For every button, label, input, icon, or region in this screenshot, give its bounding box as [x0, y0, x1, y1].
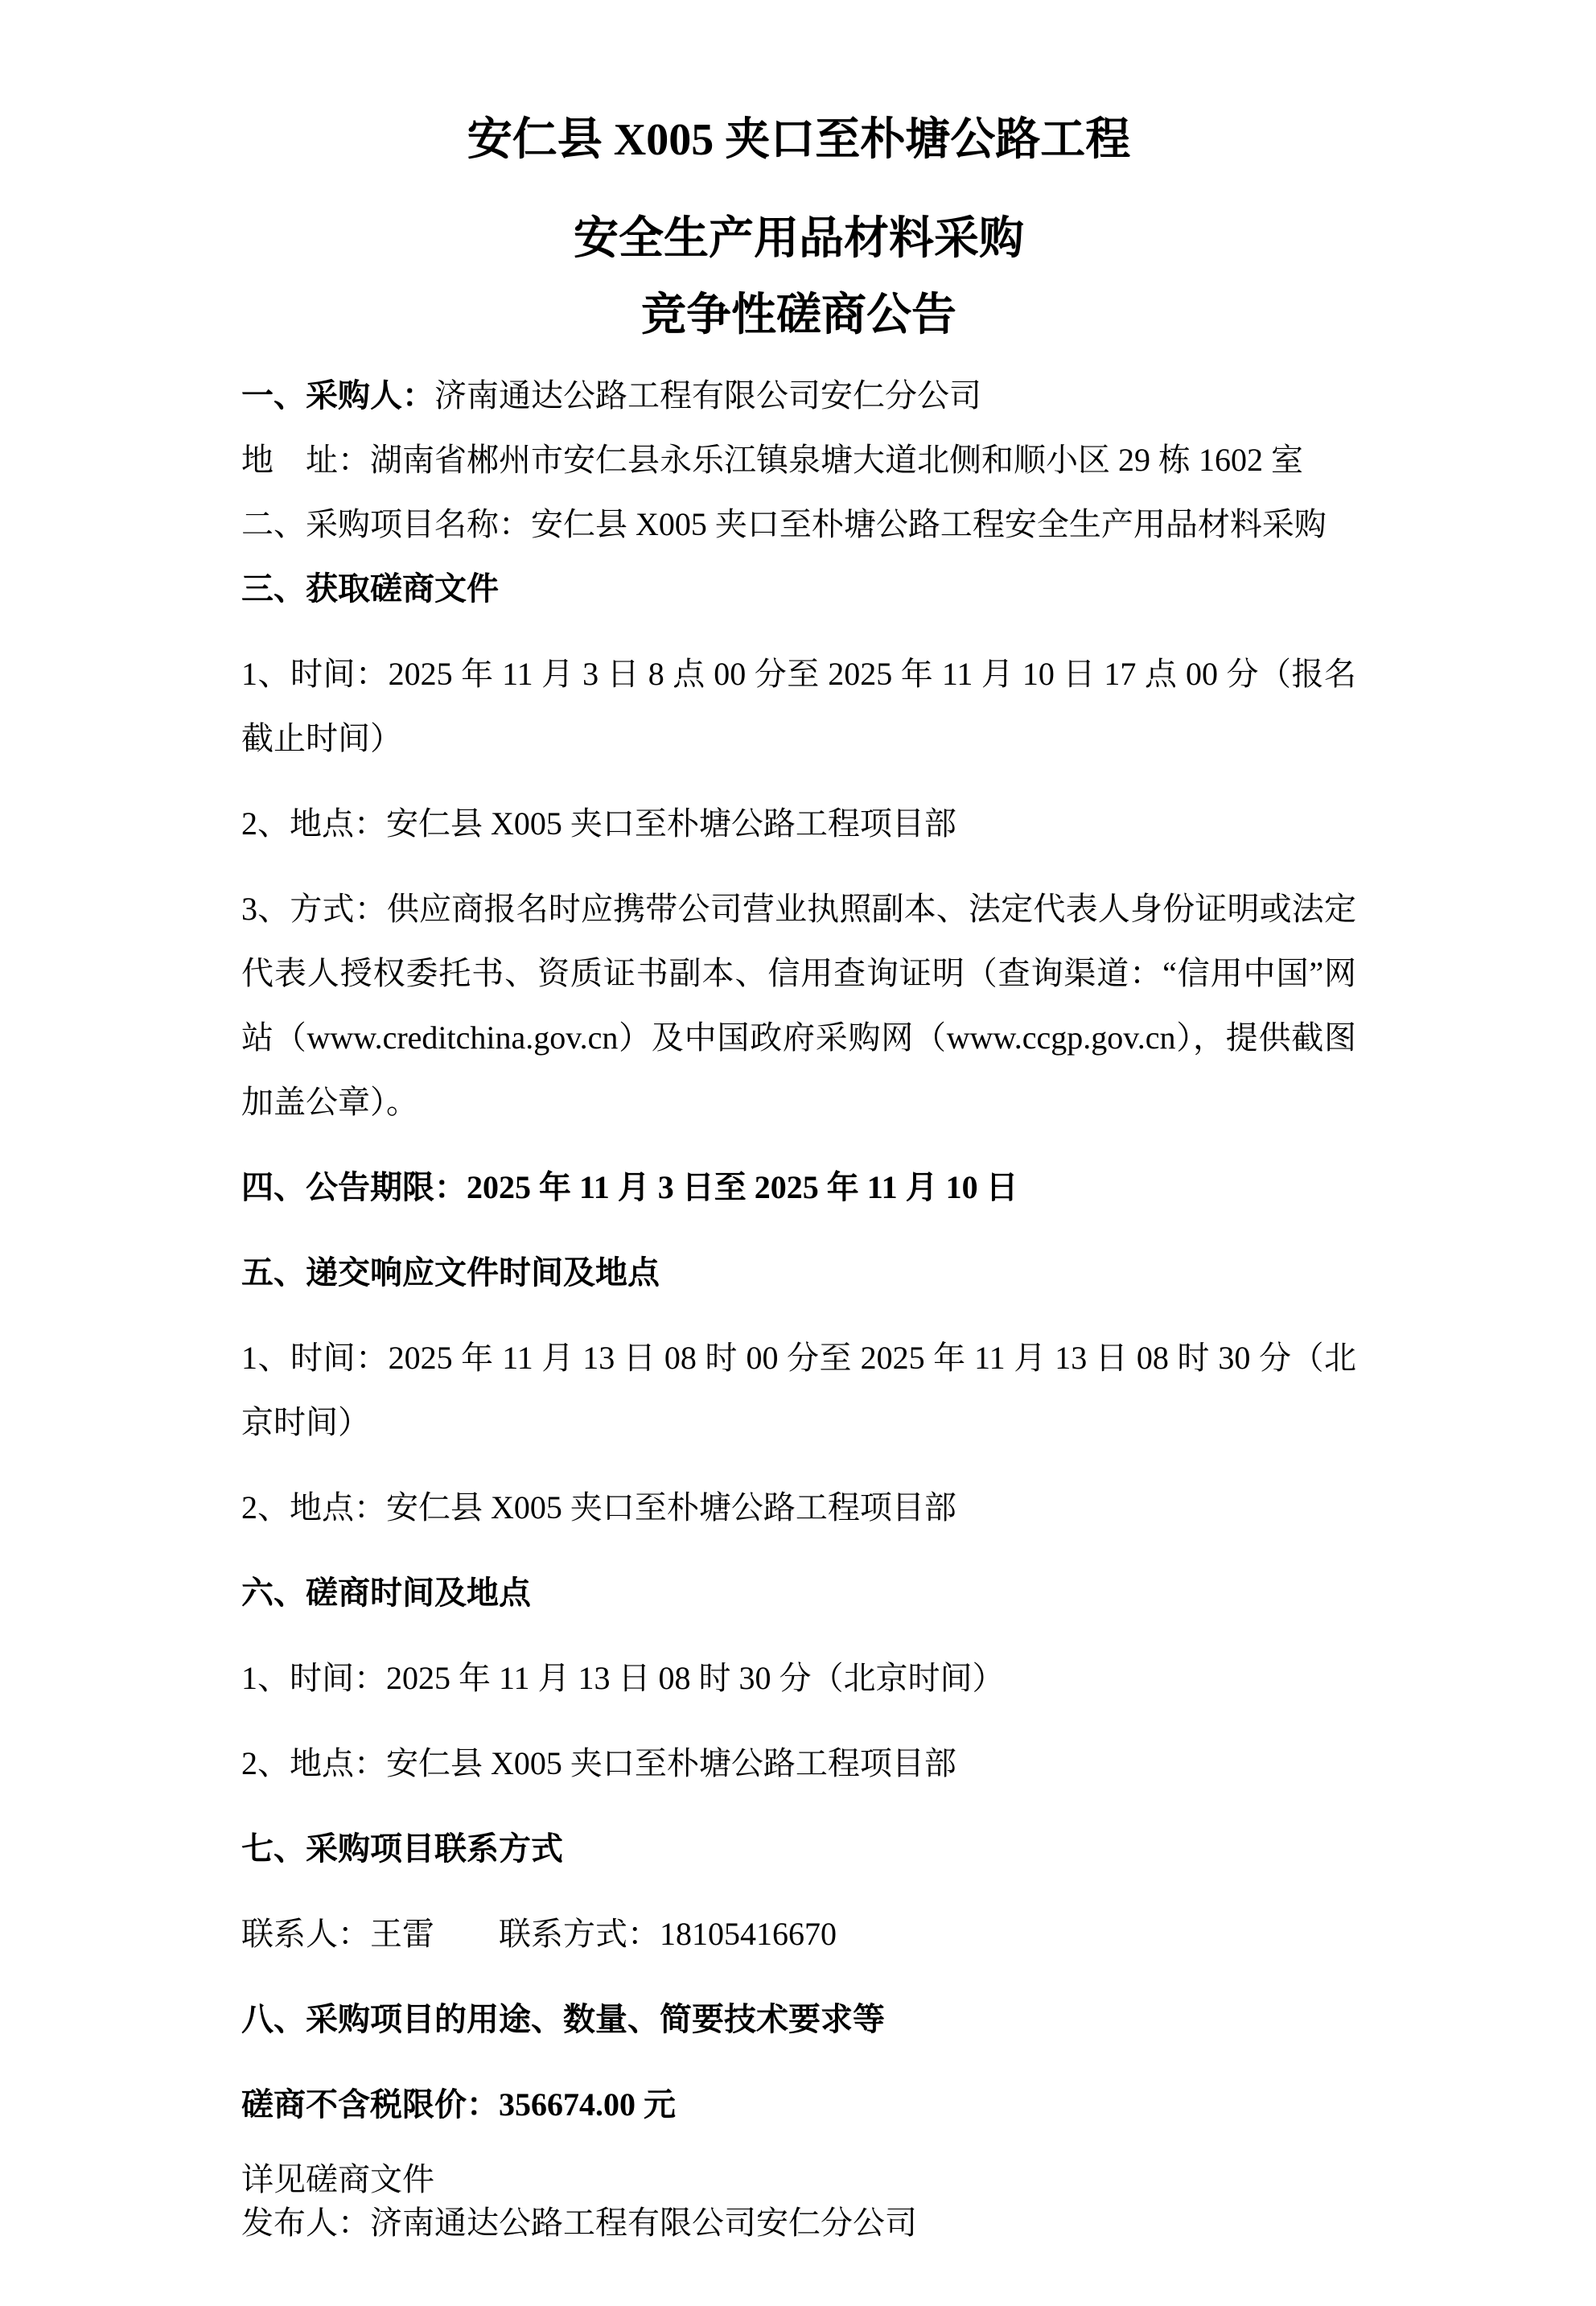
publisher-line: 发布人：济南通达公路工程有限公司安仁分公司 — [241, 2201, 1356, 2245]
address-line: 地 址：湖南省郴州市安仁县永乐江镇泉塘大道北侧和顺小区 29 栋 1602 室 — [241, 428, 1356, 492]
section5-time-line: 1、时间：2025 年 11 月 13 日 08 时 00 分至 2025 年 … — [241, 1326, 1356, 1455]
section3-method-line: 3、方式：供应商报名时应携带公司营业执照副本、法定代表人身份证明或法定代表人授权… — [241, 877, 1356, 1134]
document-body: 一、采购人：济南通达公路工程有限公司安仁分公司 地 址：湖南省郴州市安仁县永乐江… — [241, 364, 1356, 2245]
document-page: 安仁县 X005 夹口至朴塘公路工程 安全生产用品材料采购 竞争性磋商公告 一、… — [0, 0, 1596, 2306]
section5-heading: 五、递交响应文件时间及地点 — [241, 1241, 1356, 1305]
section6-time-line: 1、时间：2025 年 11 月 13 日 08 时 30 分（北京时间） — [241, 1646, 1356, 1711]
document-title-line-2: 安全生产用品材料采购 — [241, 210, 1356, 269]
section6-place-line: 2、地点：安仁县 X005 夹口至朴塘公路工程项目部 — [241, 1732, 1356, 1796]
footer-block: 详见磋商文件 发布人：济南通达公路工程有限公司安仁分公司 — [241, 2158, 1356, 2245]
buyer-line: 一、采购人：济南通达公路工程有限公司安仁分公司 — [241, 364, 1356, 428]
project-name-line: 二、采购项目名称：安仁县 X005 夹口至朴塘公路工程安全生产用品材料采购 — [241, 492, 1356, 557]
section8-heading: 八、采购项目的用途、数量、简要技术要求等 — [241, 1987, 1356, 2052]
buyer-label: 一、采购人： — [241, 377, 434, 414]
section5-place-line: 2、地点：安仁县 X005 夹口至朴塘公路工程项目部 — [241, 1476, 1356, 1540]
price-limit-line: 磋商不含税限价：356674.00 元 — [241, 2073, 1356, 2137]
section7-heading: 七、采购项目联系方式 — [241, 1817, 1356, 1881]
see-document-line: 详见磋商文件 — [241, 2158, 1356, 2201]
buyer-value: 济南通达公路工程有限公司安仁分公司 — [434, 377, 981, 414]
section3-place-line: 2、地点：安仁县 X005 夹口至朴塘公路工程项目部 — [241, 792, 1356, 856]
section4-announcement-period-line: 四、公告期限：2025 年 11 月 3 日至 2025 年 11 月 10 日 — [241, 1155, 1356, 1220]
section3-time-line: 1、时间：2025 年 11 月 3 日 8 点 00 分至 2025 年 11… — [241, 642, 1356, 771]
document-title-line-3: 竞争性磋商公告 — [241, 286, 1356, 345]
contact-line: 联系人：王雷 联系方式：18105416670 — [241, 1902, 1356, 1966]
section6-heading: 六、磋商时间及地点 — [241, 1561, 1356, 1625]
section3-heading: 三、获取磋商文件 — [241, 557, 1356, 621]
document-title-line-1: 安仁县 X005 夹口至朴塘公路工程 — [241, 111, 1356, 170]
